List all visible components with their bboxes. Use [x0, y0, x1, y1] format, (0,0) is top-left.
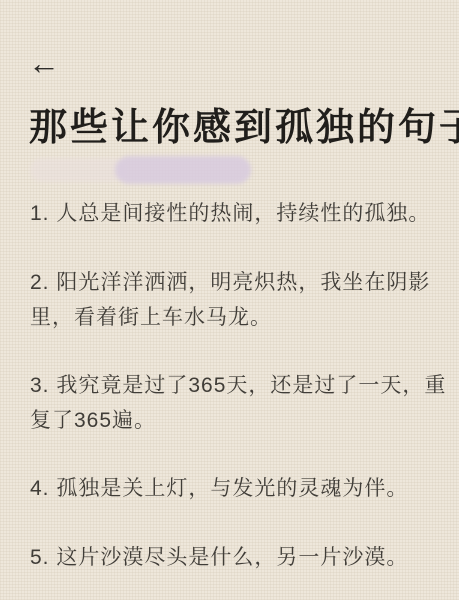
- quote-item-5: 5. 这片沙漠尽头是什么，另一片沙漠。: [30, 540, 450, 575]
- redacted-text-smudge-right: [115, 156, 251, 184]
- quote-item-4: 4. 孤独是关上灯，与发光的灵魂为伴。: [30, 471, 450, 506]
- quote-item-3: 3. 我究竟是过了365天，还是过了一天，重复了365遍。: [30, 368, 450, 438]
- quote-item-1: 1. 人总是间接性的热闹，持续性的孤独。: [30, 196, 450, 231]
- back-arrow-icon[interactable]: ←: [28, 46, 68, 80]
- redacted-text-smudge-left: [30, 158, 125, 182]
- page-title: 那些让你感到孤独的句子: [29, 96, 449, 151]
- note-page: ← 那些让你感到孤独的句子 1. 人总是间接性的热闹，持续性的孤独。 2. 阳光…: [0, 0, 459, 600]
- quote-item-2: 2. 阳光洋洋洒洒，明亮炽热，我坐在阴影里，看着街上车水马龙。: [30, 265, 450, 335]
